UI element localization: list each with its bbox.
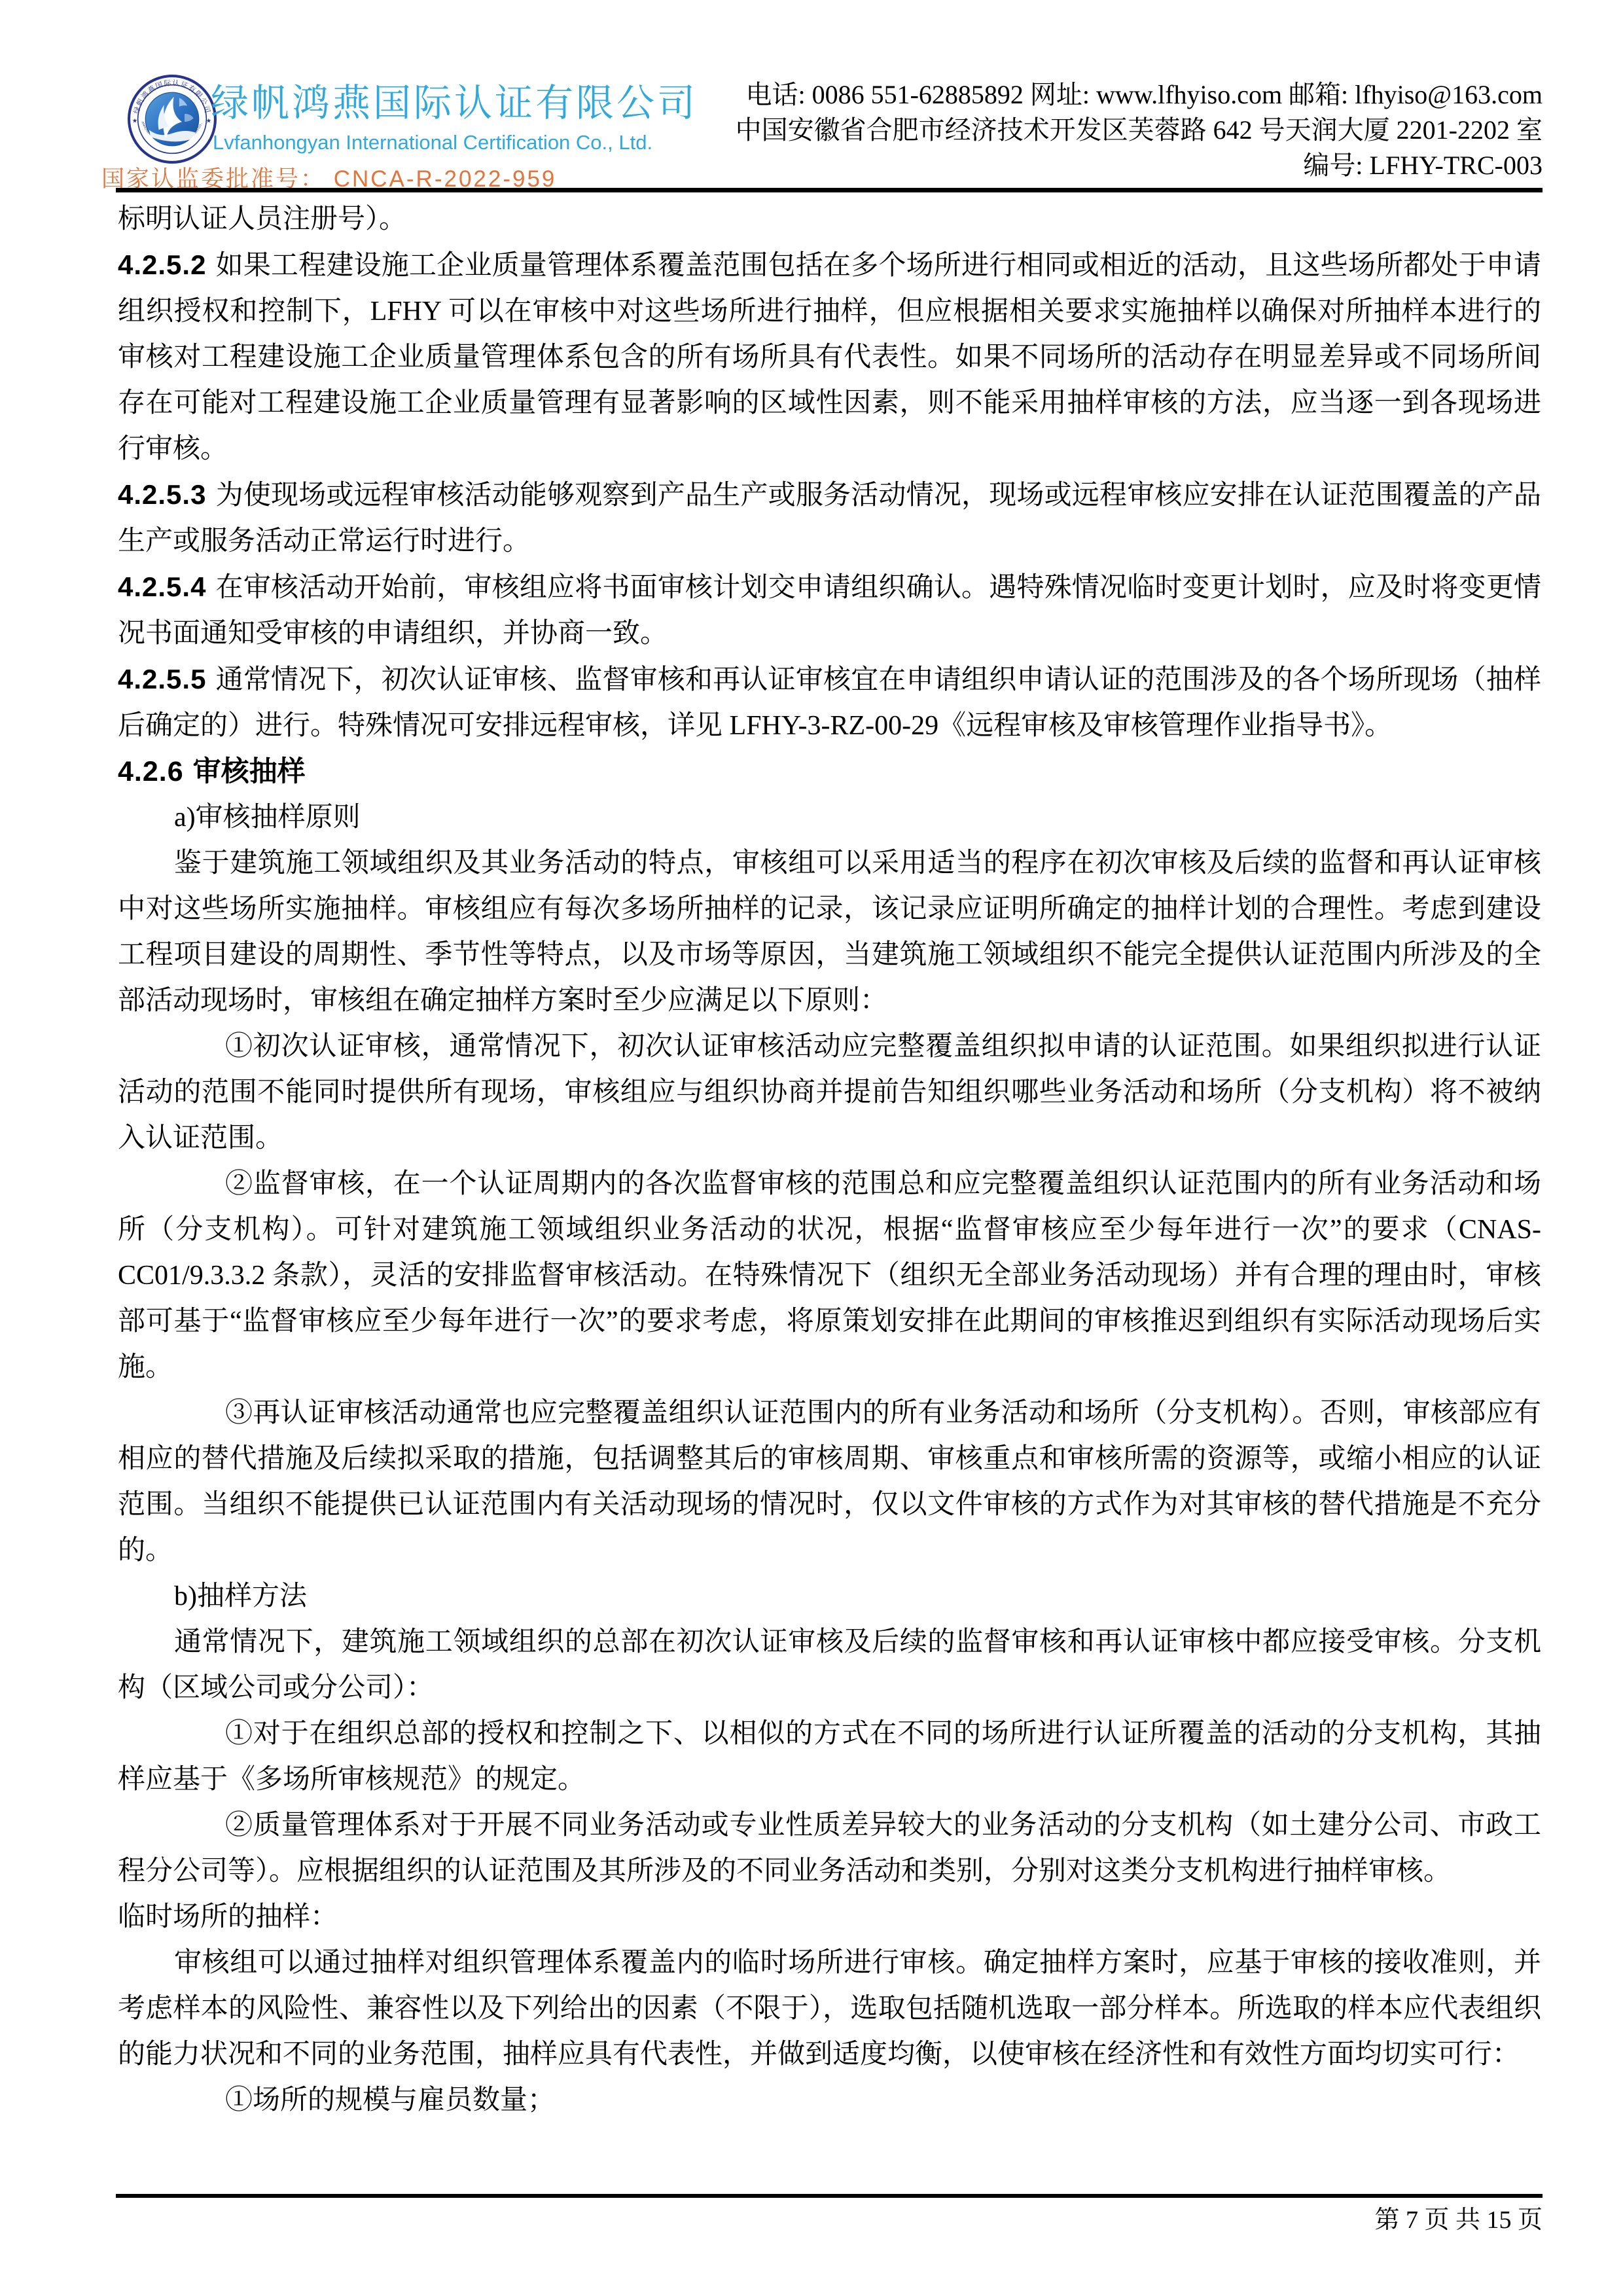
paragraph: ②监督审核，在一个认证周期内的各次监督审核的范围总和应完整覆盖组织认证范围内的所… [118, 1161, 1541, 1390]
paragraph: 4.2.5.5通常情况下，初次认证审核、监督审核和再认证审核宜在申请组织申请认证… [118, 656, 1541, 749]
paragraph: ①场所的规模与雇员数量； [118, 2077, 1541, 2123]
paragraph: 4.2.5.4在审核活动开始前，审核组应将书面审核计划交申请组织确认。遇特殊情况… [118, 564, 1541, 656]
paragraph: ①初次认证审核，通常情况下，初次认证审核活动应完整覆盖组织拟申请的认证范围。如果… [118, 1024, 1541, 1161]
logo-star-left: ★ [132, 117, 138, 124]
section-number: 4.2.5.5 [118, 664, 206, 694]
paragraph: 标明认证人员注册号）。 [118, 196, 1541, 242]
paragraph: 通常情况下，建筑施工领域组织的总部在初次认证审核及后续的监督审核和再认证审核中都… [118, 1619, 1541, 1711]
document-page: 绿帆鸿燕国际认证有限公司 LVFANHONGYAN INTERNATIONAL … [0, 0, 1623, 2296]
contact-line: 电话: 0086 551-62885892 网址: www.lfhyiso.co… [589, 77, 1543, 113]
section-number: 4.2.5.2 [118, 249, 206, 280]
doc-number: 编号: LFHY-TRC-003 [589, 148, 1543, 183]
paragraph: 4.2.5.2如果工程建设施工企业质量管理体系覆盖范围包括在多个场所进行相同或相… [118, 242, 1541, 472]
footer-rule [116, 2194, 1543, 2198]
header-rule [116, 188, 1543, 192]
page-number: 第 7 页 共 15 页 [116, 2204, 1543, 2236]
paragraph: ③再认证审核活动通常也应完整覆盖组织认证范围内的所有业务活动和场所（分支机构）。… [118, 1390, 1541, 1573]
address-line: 中国安徽省合肥市经济技术开发区芙蓉路 642 号天润大厦 2201-2202 室 [589, 113, 1543, 148]
section-number: 4.2.5.3 [118, 479, 206, 510]
letterhead-contact-block: 电话: 0086 551-62885892 网址: www.lfhyiso.co… [589, 77, 1543, 183]
paragraph: 临时场所的抽样： [118, 1894, 1541, 1940]
paragraph: a)审核抽样原则 [118, 795, 1541, 840]
company-name-en: Lvfanhongyan International Certification… [213, 131, 652, 154]
section-number: 4.2.6 [118, 756, 184, 787]
paragraph: ②质量管理体系对于开展不同业务活动或专业性质差异较大的业务活动的分支机构（如土建… [118, 1803, 1541, 1894]
paragraph: 鉴于建筑施工领域组织及其业务活动的特点，审核组可以采用适当的程序在初次审核及后续… [118, 840, 1541, 1024]
paragraph: b)抽样方法 [118, 1573, 1541, 1619]
company-logo-icon: 绿帆鸿燕国际认证有限公司 LVFANHONGYAN INTERNATIONAL … [128, 75, 217, 164]
section-number: 4.2.5.4 [118, 571, 206, 602]
paragraph: 4.2.5.3为使现场或远程审核活动能够观察到产品生产或服务活动情况，现场或远程… [118, 472, 1541, 564]
paragraph: 4.2.6审核抽样 [118, 749, 1541, 795]
document-body: 标明认证人员注册号）。4.2.5.2如果工程建设施工企业质量管理体系覆盖范围包括… [118, 196, 1541, 2123]
paragraph: ①对于在组织总部的授权和控制之下、以相似的方式在不同的场所进行认证所覆盖的活动的… [118, 1711, 1541, 1803]
paragraph: 审核组可以通过抽样对组织管理体系覆盖内的临时场所进行审核。确定抽样方案时，应基于… [118, 1940, 1541, 2077]
